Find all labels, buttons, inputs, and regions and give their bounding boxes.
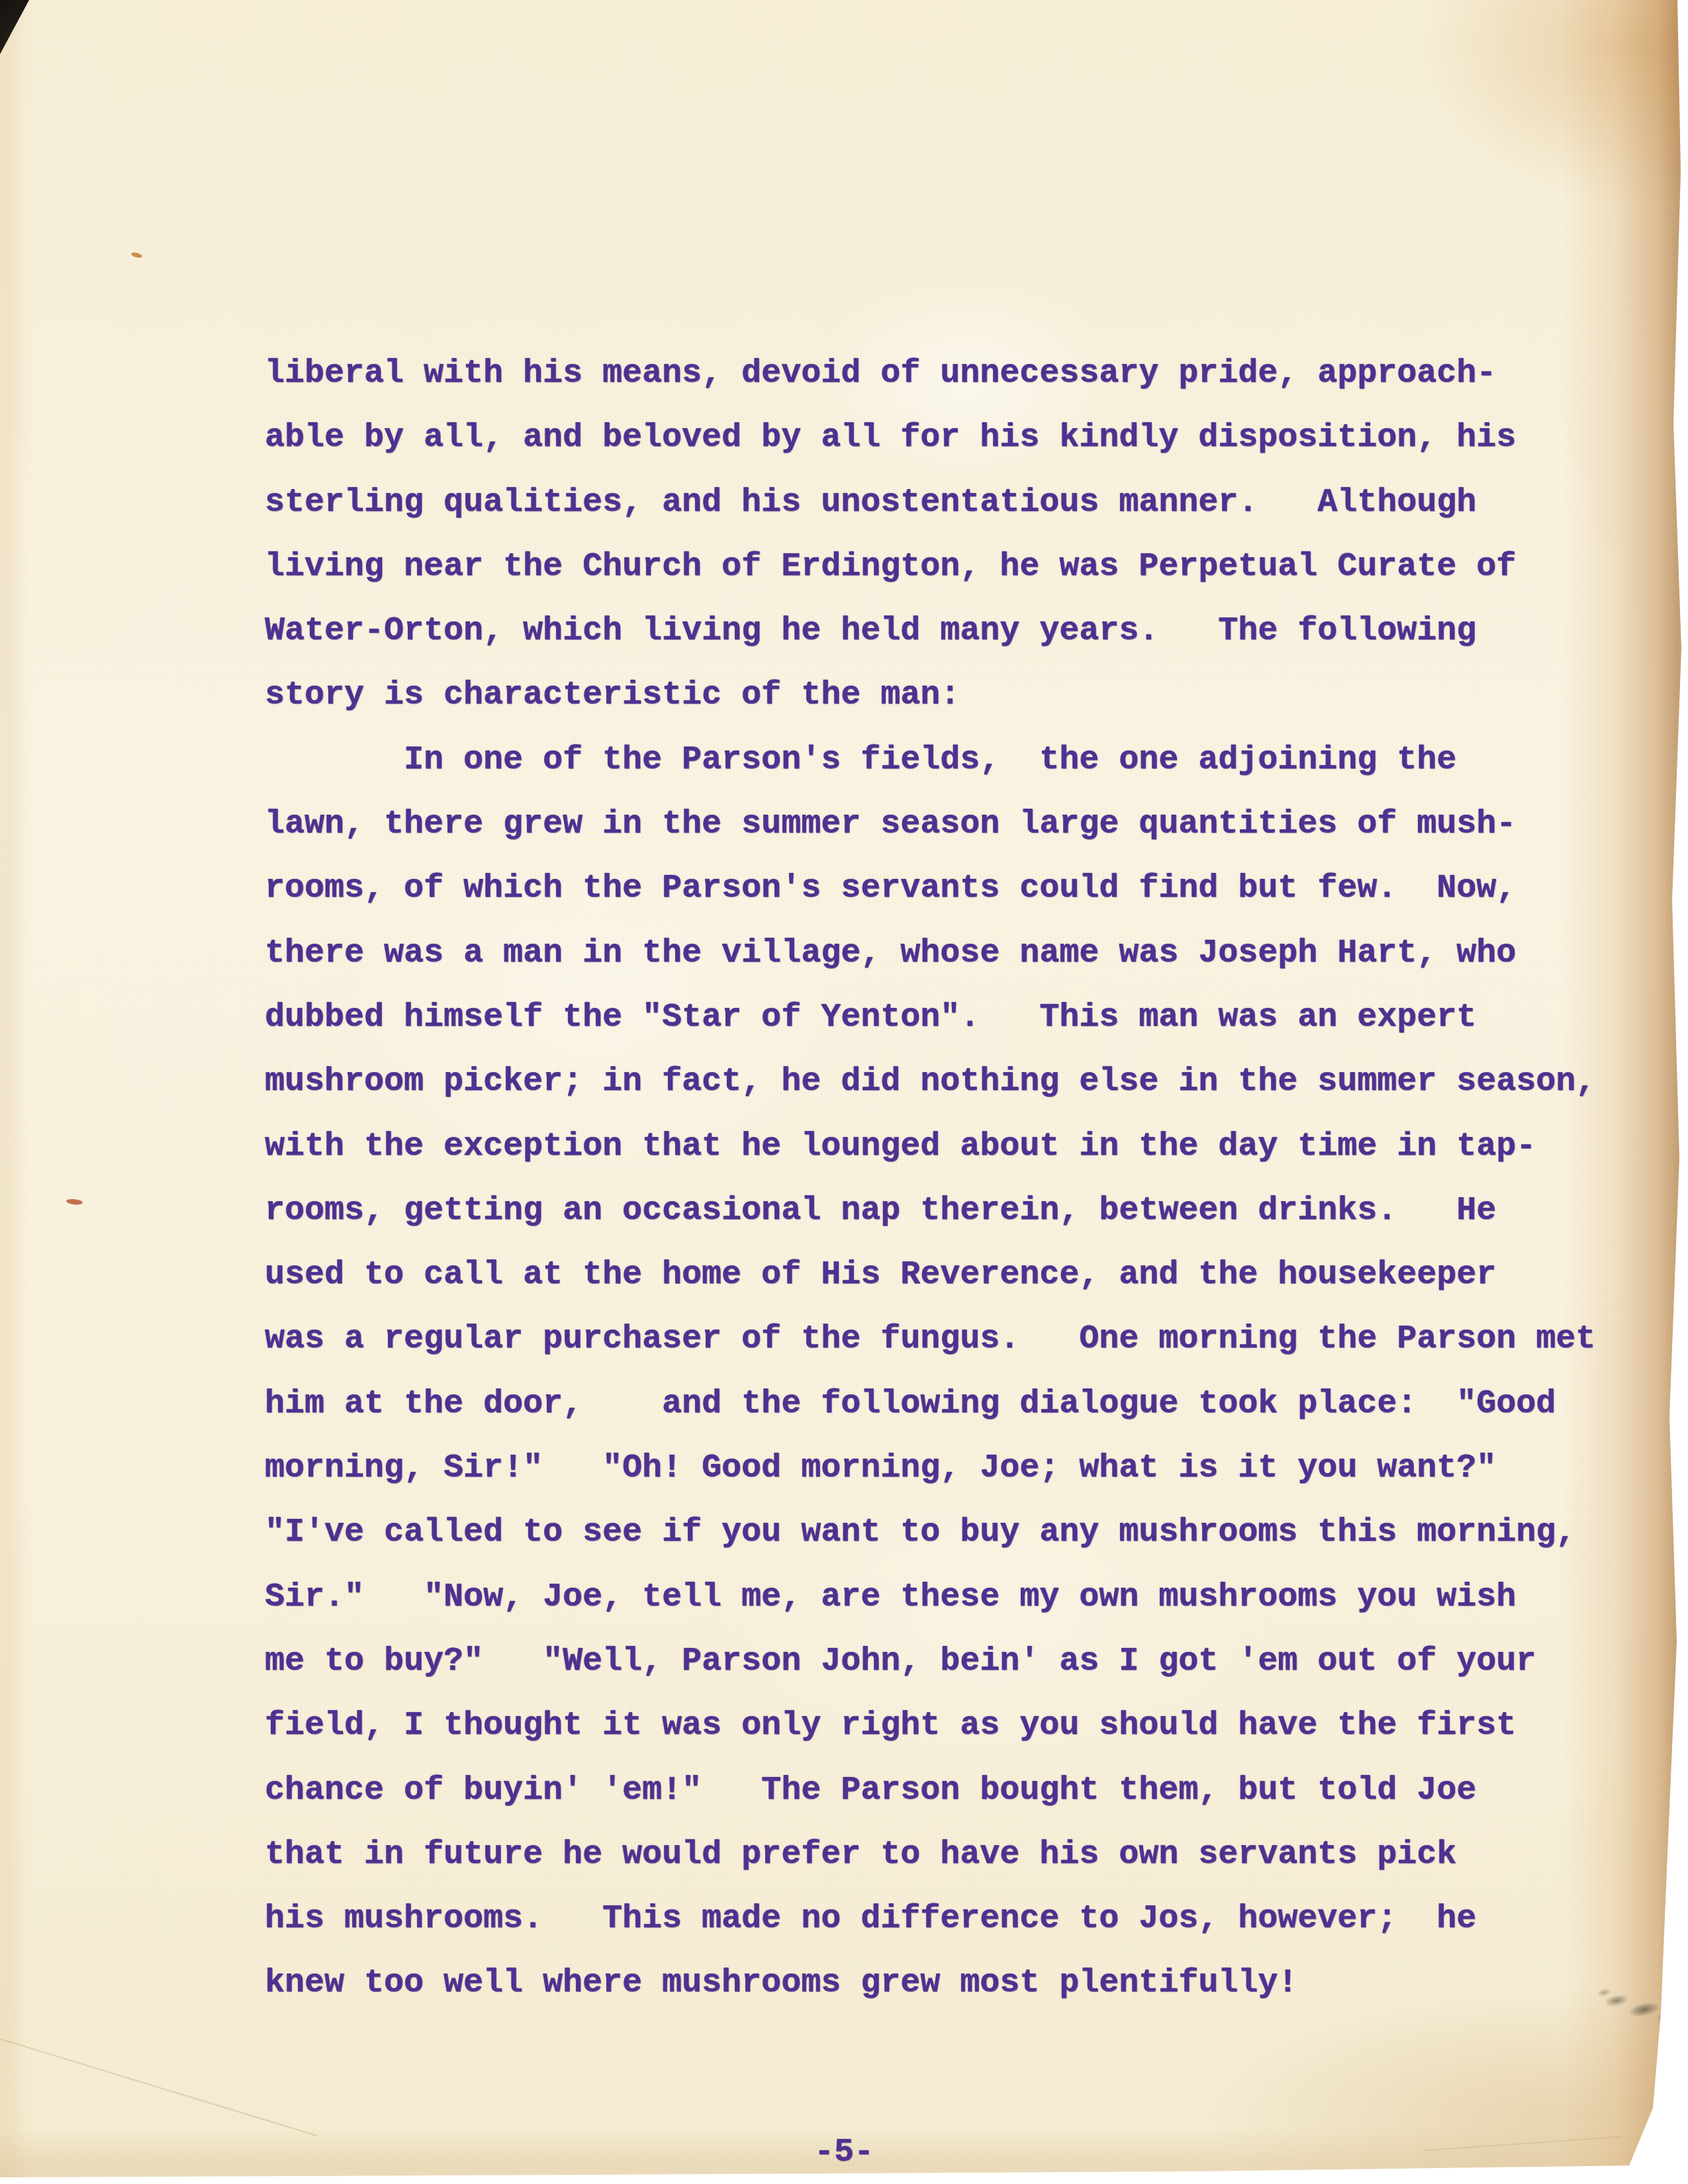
typed-line: that in future he would prefer to have h… bbox=[265, 1823, 1595, 1887]
typed-line: with the exception that he lounged about… bbox=[265, 1115, 1595, 1179]
typed-line: was a regular purchaser of the fungus. O… bbox=[265, 1307, 1595, 1371]
typed-line: me to buy?" "Well, Parson John, bein' as… bbox=[265, 1629, 1595, 1694]
typed-line: Sir." "Now, Joe, tell me, are these my o… bbox=[265, 1565, 1595, 1629]
typed-line: his mushrooms. This made no difference t… bbox=[265, 1887, 1595, 1951]
typed-line: rooms, of which the Parson's servants co… bbox=[265, 856, 1595, 921]
typed-line: chance of buyin' 'em!" The Parson bought… bbox=[265, 1758, 1595, 1823]
scanned-page-background: liberal with his means, devoid of unnece… bbox=[0, 0, 1688, 2184]
typed-line: In one of the Parson's fields, the one a… bbox=[265, 728, 1595, 792]
typed-line: dubbed himself the "Star of Yenton". Thi… bbox=[265, 985, 1595, 1050]
paper-speck bbox=[130, 251, 142, 259]
paper-speck bbox=[66, 1199, 83, 1206]
typed-line: there was a man in the village, whose na… bbox=[265, 921, 1595, 985]
typed-line: story is characteristic of the man: bbox=[265, 663, 1595, 727]
typed-line: field, I thought it was only right as yo… bbox=[265, 1694, 1595, 1758]
typed-line: morning, Sir!" "Oh! Good morning, Joe; w… bbox=[265, 1436, 1595, 1500]
typed-text-block: liberal with his means, devoid of unnece… bbox=[265, 341, 1595, 2016]
typed-line: knew too well where mushrooms grew most … bbox=[265, 1951, 1595, 2015]
typed-line: Water-Orton, which living he held many y… bbox=[265, 599, 1595, 663]
typed-line: mushroom picker; in fact, he did nothing… bbox=[265, 1050, 1595, 1114]
typed-line: liberal with his means, devoid of unnece… bbox=[265, 341, 1595, 406]
typed-line: rooms, getting an occasional nap therein… bbox=[265, 1179, 1595, 1243]
page-number: -5- bbox=[0, 2134, 1688, 2171]
paper-crease bbox=[0, 2034, 317, 2136]
typed-line: living near the Church of Erdington, he … bbox=[265, 535, 1595, 599]
typed-line: lawn, there grew in the summer season la… bbox=[265, 792, 1595, 856]
typewritten-page: liberal with his means, devoid of unnece… bbox=[0, 0, 1688, 2184]
typed-line: sterling qualities, and his unostentatio… bbox=[265, 471, 1595, 535]
typed-line: him at the door, and the following dialo… bbox=[265, 1372, 1595, 1436]
typed-line: able by all, and beloved by all for his … bbox=[265, 406, 1595, 470]
typed-line: "I've called to see if you want to buy a… bbox=[265, 1500, 1595, 1565]
ink-smudge bbox=[1587, 1958, 1688, 2050]
typed-line: used to call at the home of His Reverenc… bbox=[265, 1243, 1595, 1307]
